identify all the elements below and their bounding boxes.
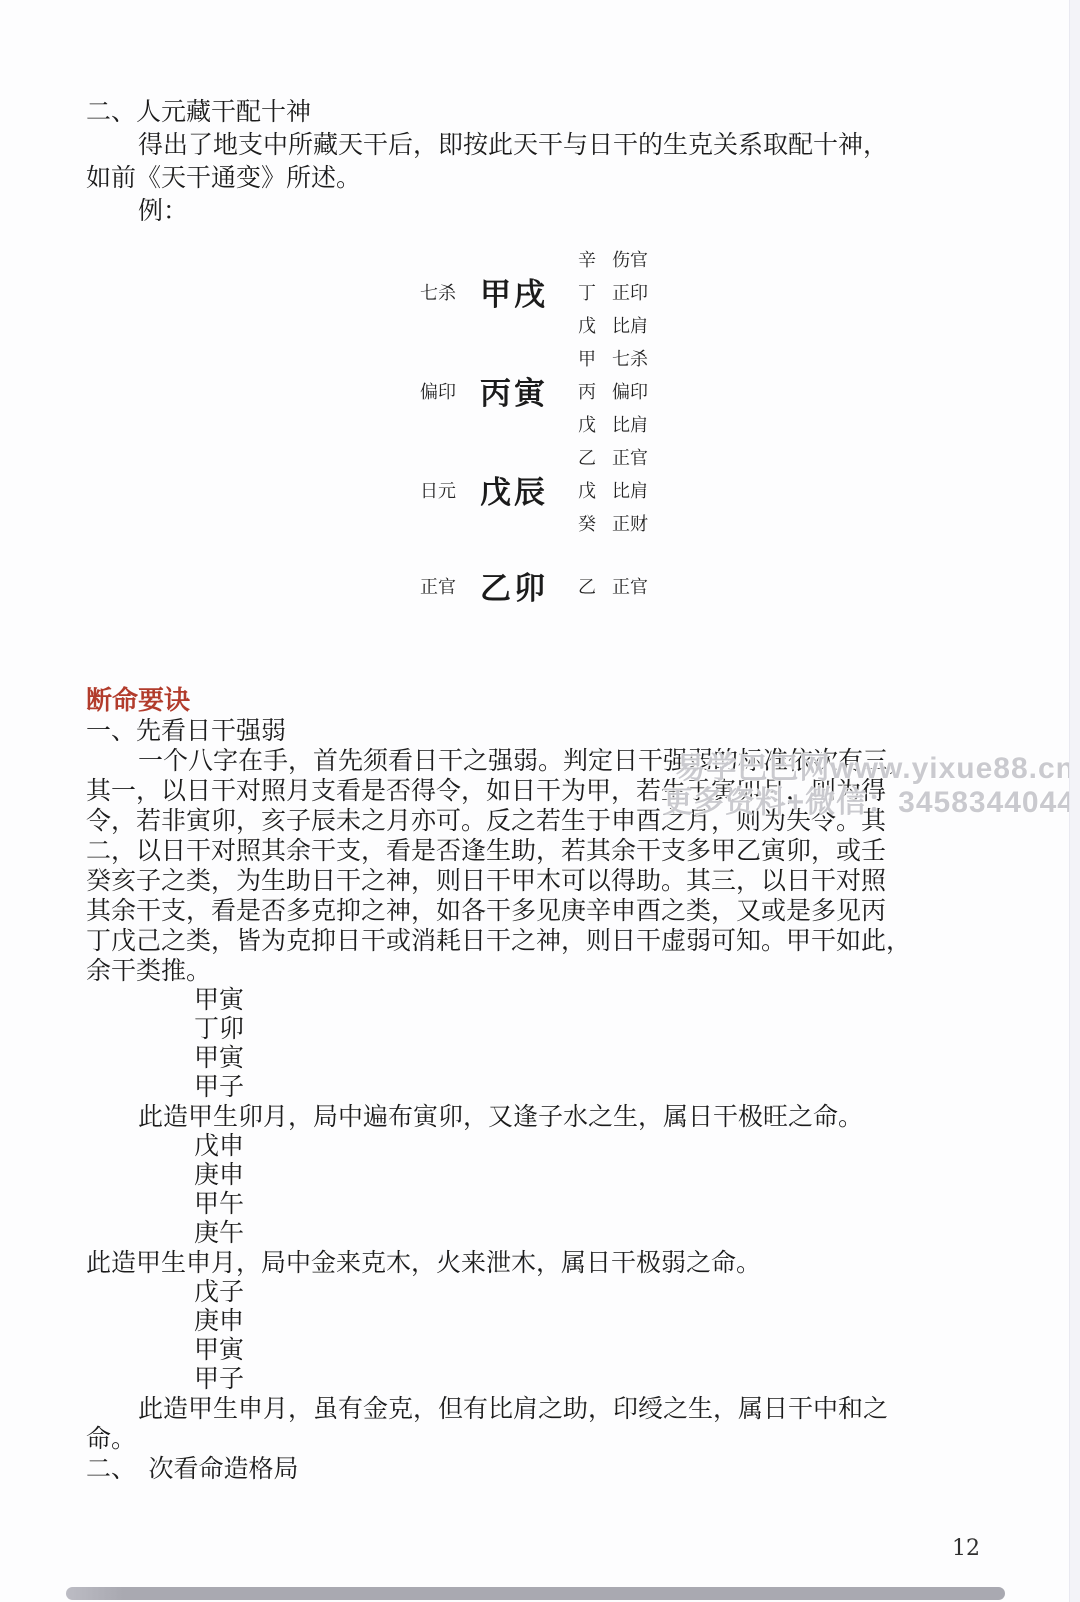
- paragraph-line: 癸亥子之类，为生助日干之神，则日干甲木可以得助。其三，以日干对照: [86, 866, 1036, 896]
- red-section-heading: 断命要诀: [86, 684, 1036, 716]
- hidden-stem-row: 癸 正财: [578, 506, 648, 539]
- subheading-2: 二、 次看命造格局: [86, 1454, 1036, 1484]
- hidden-stem: 戊: [578, 411, 612, 437]
- pillar-relation: 正官: [420, 573, 480, 599]
- pillar-row-day: 日元 戊辰 乙 正官 戊 比肩 癸 正财: [420, 440, 1036, 539]
- page-edge-shadow: [1069, 0, 1080, 1602]
- pillar-row-month: 偏印 丙寅 甲 七杀 丙 偏印 戊 比肩: [420, 341, 1036, 440]
- hidden-stem-row: 辛 伤官: [578, 242, 648, 275]
- hidden-stem-god: 正财: [612, 510, 648, 536]
- pillar-stem-branch: 戊辰: [480, 467, 578, 512]
- hidden-stem-row: 戊 比肩: [578, 308, 648, 341]
- example2-pillar: 甲午: [86, 1190, 1036, 1219]
- example2-pillar: 庚申: [86, 1161, 1036, 1190]
- example1-pillar: 丁卯: [86, 1015, 1036, 1044]
- paragraph-line: 其余干支，看是否多克抑之神，如各干多见庚辛申酉之类，又或是多见丙: [86, 896, 1036, 926]
- hidden-stems: 乙 正官: [578, 569, 648, 602]
- hidden-stem-god: 比肩: [612, 312, 648, 338]
- pillar-stem-branch: 丙寅: [480, 368, 578, 413]
- example1-pillar: 甲子: [86, 1073, 1036, 1102]
- example1-pillar: 甲寅: [86, 986, 1036, 1015]
- hidden-stem-god: 比肩: [612, 411, 648, 437]
- site-watermark: 易学巴巴网www.yixue88.cn 更多资料+微信：3458344044: [663, 752, 1075, 820]
- example3-pillar: 甲寅: [86, 1336, 1036, 1365]
- hidden-stem-god: 正官: [612, 573, 648, 599]
- page-number: 12: [952, 1536, 980, 1561]
- subheading-1: 一、先看日干强弱: [86, 716, 1036, 746]
- hidden-stem: 丁: [578, 279, 612, 305]
- hidden-stem: 辛: [578, 246, 612, 272]
- example-label: 例：: [86, 195, 1036, 228]
- hidden-stem-god: 偏印: [612, 378, 648, 404]
- hidden-stem: 乙: [578, 573, 612, 599]
- pillar-relation: 日元: [420, 477, 480, 503]
- hidden-stem-god: 七杀: [612, 345, 648, 371]
- example1-pillar: 甲寅: [86, 1044, 1036, 1073]
- hidden-stem-god: 正官: [612, 444, 648, 470]
- paragraph-line: 余干类推。: [86, 956, 1036, 986]
- hidden-stem-row: 乙 正官: [578, 569, 648, 602]
- pillar-row-hour: 正官 乙卯 乙 正官: [420, 563, 1036, 608]
- hidden-stem: 甲: [578, 345, 612, 371]
- horizontal-scrollbar-thumb[interactable]: [66, 1587, 1005, 1600]
- hidden-stem: 丙: [578, 378, 612, 404]
- hidden-stem-god: 伤官: [612, 246, 648, 272]
- paragraph-line: 二，以日干对照其余干支，看是否逢生助，若其余干支多甲乙寅卯，或壬: [86, 836, 1036, 866]
- hidden-stem: 戊: [578, 477, 612, 503]
- hidden-stem-row: 丁 正印: [578, 275, 648, 308]
- hidden-stem: 戊: [578, 312, 612, 338]
- example1-comment: 此造甲生卯月，局中遍布寅卯，又逢子水之生，属日干极旺之命。: [86, 1102, 1036, 1132]
- example3-pillar: 戊子: [86, 1278, 1036, 1307]
- hidden-stem: 乙: [578, 444, 612, 470]
- pillar-row-year: 七杀 甲戌 辛 伤官 丁 正印 戊 比肩: [420, 242, 1036, 341]
- watermark-line-1: 易学巴巴网www.yixue88.cn: [663, 752, 1075, 786]
- pillar-relation: 偏印: [420, 378, 480, 404]
- hidden-stem-god: 比肩: [612, 477, 648, 503]
- pillar-relation: 七杀: [420, 279, 480, 305]
- section1-paragraph-line: 得出了地支中所藏天干后，即按此天干与日干的生克关系取配十神，: [86, 129, 1036, 162]
- hidden-stems: 甲 七杀 丙 偏印 戊 比肩: [578, 341, 648, 440]
- pillar-stem-branch: 乙卯: [480, 563, 578, 608]
- hidden-stem-god: 正印: [612, 279, 648, 305]
- example3-pillar: 庚申: [86, 1307, 1036, 1336]
- hidden-stem: 癸: [578, 510, 612, 536]
- hidden-stems: 辛 伤官 丁 正印 戊 比肩: [578, 242, 648, 341]
- example2-comment: 此造甲生申月，局中金来克木，火来泄木，属日干极弱之命。: [86, 1248, 1036, 1278]
- pillar-chart: 七杀 甲戌 辛 伤官 丁 正印 戊 比肩: [420, 242, 1036, 608]
- hidden-stem-row: 戊 比肩: [578, 407, 648, 440]
- document-page: 二、人元藏干配十神 得出了地支中所藏天干后，即按此天干与日干的生克关系取配十神，…: [0, 0, 1080, 1602]
- example2-pillar: 戊申: [86, 1132, 1036, 1161]
- example2-pillar: 庚午: [86, 1219, 1036, 1248]
- example3-comment-line: 此造甲生申月，虽有金克，但有比肩之助，印绶之生，属日干中和之: [86, 1394, 1036, 1424]
- hidden-stem-row: 乙 正官: [578, 440, 648, 473]
- hidden-stem-row: 甲 七杀: [578, 341, 648, 374]
- hidden-stem-row: 丙 偏印: [578, 374, 648, 407]
- section1-title: 二、人元藏干配十神: [86, 96, 1036, 129]
- watermark-line-2: 更多资料+微信：3458344044: [663, 786, 1075, 820]
- pillar-stem-branch: 甲戌: [480, 269, 578, 314]
- paragraph-line: 丁戊己之类，皆为克抑日干或消耗日干之神，则日干虚弱可知。甲干如此，: [86, 926, 1036, 956]
- section1-paragraph-line: 如前《天干通变》所述。: [86, 162, 1036, 195]
- example3-comment-line: 命。: [86, 1424, 1036, 1454]
- hidden-stems: 乙 正官 戊 比肩 癸 正财: [578, 440, 648, 539]
- example3-pillar: 甲子: [86, 1365, 1036, 1394]
- hidden-stem-row: 戊 比肩: [578, 473, 648, 506]
